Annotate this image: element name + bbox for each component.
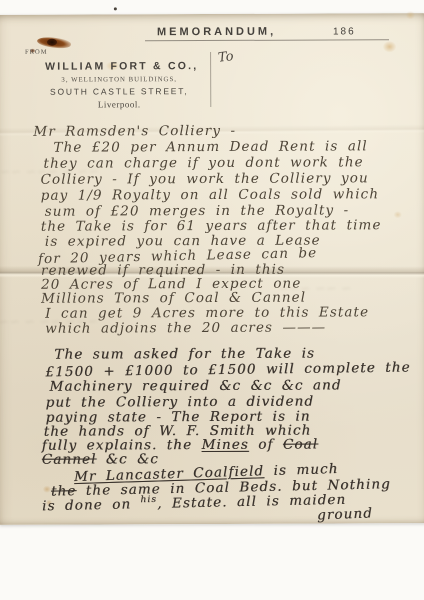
address-city: Liverpool. [45, 99, 193, 110]
manuscript-underlined-text: Mines [202, 437, 249, 453]
manuscript-line: Mr Ramsden's Colliery - [33, 123, 236, 140]
manuscript-text: &c &c [96, 451, 158, 467]
foxing-spot [406, 11, 415, 19]
paper-sheet: ~~ ~ ~~~ ~~ ~~~ ~~ ~ ~~ ~ ~~ ~~~ MEMORAN… [0, 13, 424, 525]
manuscript-line: they can charge if you dont work the [44, 154, 364, 171]
memorandum-rule [145, 39, 389, 41]
year-placeholder: 186 [333, 26, 356, 37]
manuscript-text: Mr Ramsden's Colliery - [33, 123, 236, 140]
manuscript-struck-text: Coal [283, 437, 318, 453]
manuscript-text: ground [317, 505, 373, 523]
manuscript-line: Cannel &c &c [42, 451, 159, 468]
manuscript-text: is much [264, 461, 339, 479]
address-buildings: 3, WELLINGTON BUILDINGS, [45, 76, 193, 84]
manuscript-text: pay 1/9 Royalty on all Coals sold which [41, 186, 379, 203]
scanned-memorandum-screenshot: { "palette": { "background": "#fbfaf7", … [0, 0, 424, 600]
company-name: WILLIAM FORT & CO., [45, 60, 193, 73]
manuscript-line: The sum asked for the Take is [54, 346, 315, 363]
manuscript-line: which adjoins the 20 acres ——— [45, 320, 326, 337]
manuscript-line: The £20 per Annum Dead Rent is all [53, 138, 367, 155]
manuscript-text: The £20 per Annum Dead Rent is all [53, 138, 367, 155]
foxing-spot [383, 41, 396, 52]
manuscript-text: Colliery - If you work the Colliery you [41, 170, 369, 187]
dark-speck [114, 7, 117, 10]
memorandum-title: MEMORANDUM, [157, 26, 276, 39]
manuscript-text: of [249, 437, 283, 453]
manuscript-line: pay 1/9 Royalty on all Coals sold which [41, 186, 379, 203]
foxing-spot [394, 211, 402, 218]
manuscript-text: is done on [42, 496, 141, 514]
manuscript-inserted-text: his [140, 495, 157, 505]
from-label: FROM [25, 49, 47, 56]
manuscript-struck-text: Cannel [42, 452, 97, 468]
foxing-spot [43, 486, 51, 493]
manuscript-text: Machinery required &c &c &c and [49, 377, 341, 394]
manuscript-text: which adjoins the 20 acres ——— [45, 320, 326, 337]
manuscript-line: ground [317, 505, 373, 523]
manuscript-line: Colliery - If you work the Colliery you [41, 170, 369, 187]
ink-blot-core [47, 39, 57, 46]
manuscript-text: The sum asked for the Take is [54, 346, 315, 363]
manuscript-text: they can charge if you dont work the [44, 154, 364, 171]
address-street: SOUTH CASTLE STREET, [45, 86, 193, 97]
manuscript-line: Machinery required &c &c &c and [49, 377, 341, 394]
to-label: To [217, 49, 234, 66]
header-divider-line [210, 52, 211, 107]
